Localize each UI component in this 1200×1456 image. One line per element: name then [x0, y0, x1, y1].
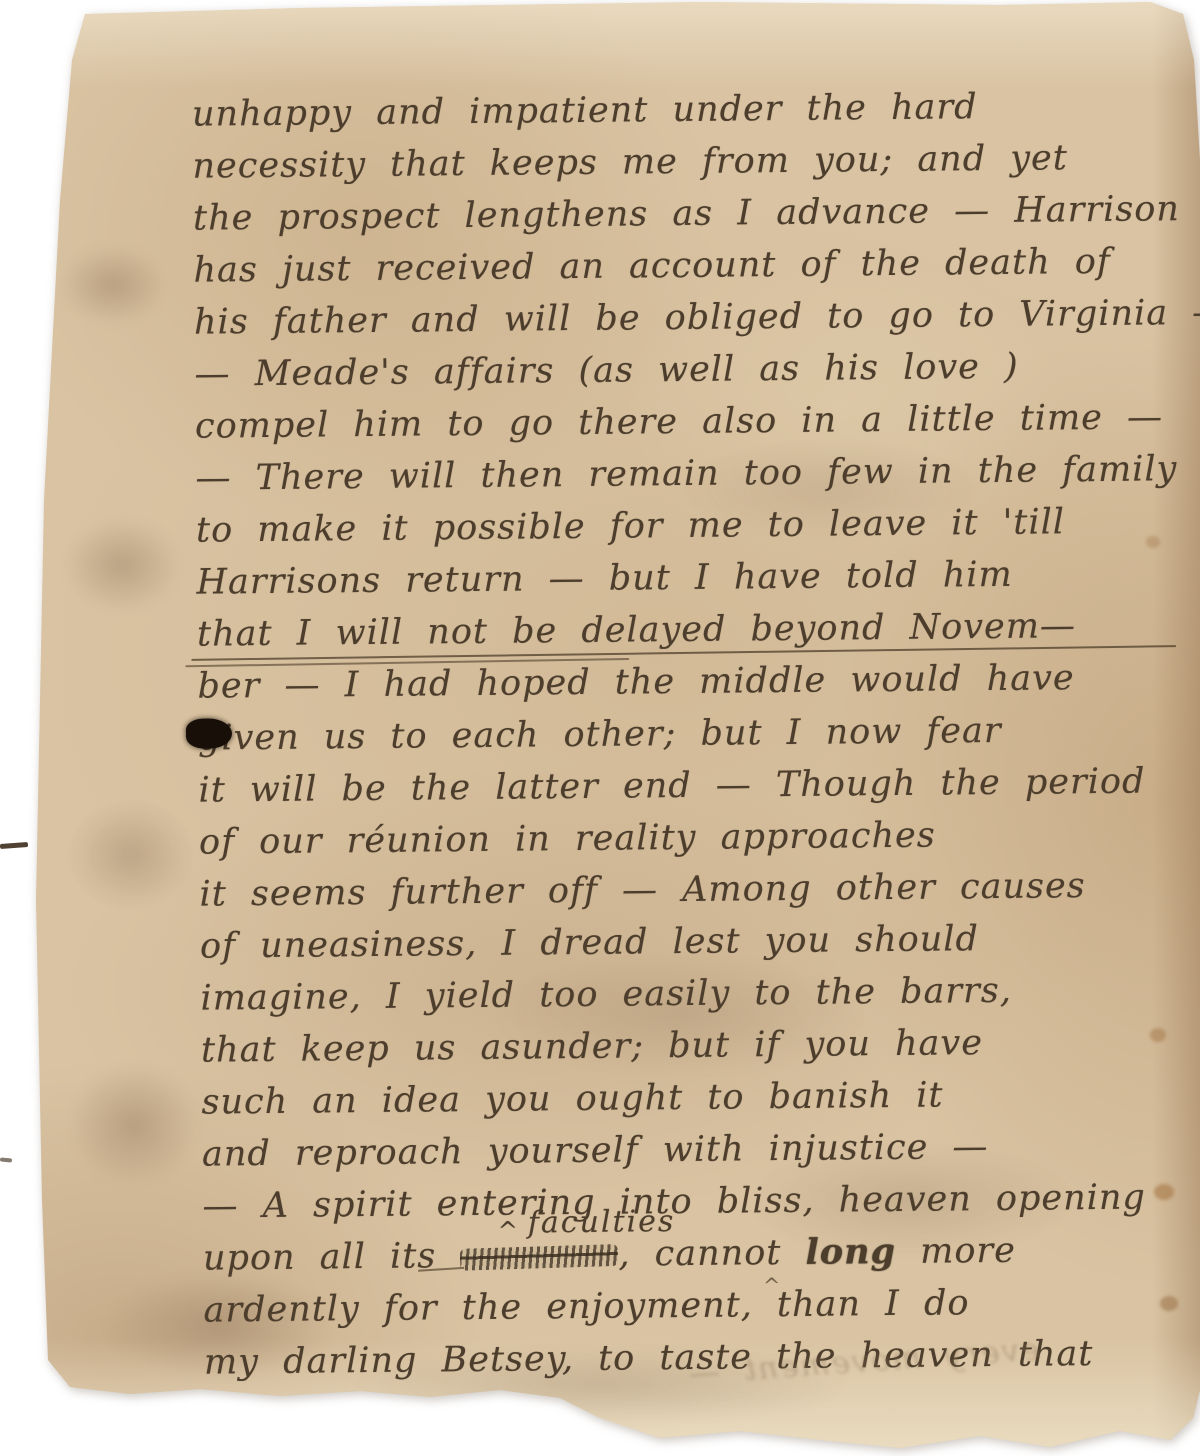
- letter-line-text: has just received an account of the deat…: [193, 242, 1111, 291]
- letter-line: his father and will be obliged to go to …: [194, 287, 1159, 348]
- letter-line: of uneasiness, I dread lest you should: [200, 911, 1165, 972]
- letter-line-text: given us to each other; but I now fear: [198, 711, 1002, 759]
- letter-line: of our réunion in reality approaches: [199, 807, 1164, 868]
- letter-line: compel him to go there also in a little …: [195, 391, 1160, 452]
- overwritten-word: long: [805, 1231, 896, 1273]
- paper-shadow-wrap: unhappy and impatient under the hard nec…: [0, 0, 1200, 1456]
- ink-blot: [186, 718, 232, 748]
- letter-line: — Meade's affairs (as well as his love ): [194, 339, 1159, 400]
- ink-speck: [117, 1403, 127, 1411]
- letter-line: — A spirit entering into bliss, heaven o…: [202, 1171, 1167, 1232]
- bleedthrough-smudge: [38, 230, 188, 340]
- letter-line-text: ardently for the enjoyment, than I do: [203, 1283, 969, 1330]
- letter-line-text: it seems further off — Among other cause…: [199, 866, 1086, 915]
- bleedthrough-smudge: [44, 1040, 224, 1210]
- letter-line: it seems further off — Among other cause…: [199, 859, 1164, 920]
- letter-line: the prospect lengthens as I advance — Ha…: [193, 183, 1158, 244]
- letter-line-text: necessity that keeps me from you; and ye…: [192, 138, 1068, 186]
- letter-line-text: to make it possible for me to leave it '…: [196, 502, 1065, 550]
- letter-line-text: more: [896, 1231, 1016, 1272]
- letter-line-text: Harrisons return — but I have told him: [196, 555, 1013, 603]
- letter-line-text: of uneasiness, I dread lest you should: [200, 919, 979, 966]
- letter-line-text: such an idea you ought to banish it: [201, 1075, 943, 1122]
- letter-line: Harrisons return — but I have told him: [196, 547, 1161, 608]
- letter-line: to make it possible for me to leave it '…: [196, 495, 1161, 556]
- letter-line-underlined: that I will not be delayed beyond Novem—: [197, 599, 1162, 660]
- small-caret-mark: ^: [763, 1259, 781, 1311]
- letter-line: unhappy and impatient under the hard: [192, 79, 1157, 140]
- letter-line-text: unhappy and impatient under the hard: [192, 87, 978, 135]
- letter-line-text: and reproach yourself with injustice —: [202, 1127, 989, 1175]
- interline-insertion: ^faculties: [497, 1196, 675, 1251]
- letter-line-text: upon all its: [203, 1236, 461, 1278]
- letter-line-text: the prospect lengthens as I advance — Ha…: [193, 189, 1180, 238]
- ink-speck: [217, 1412, 228, 1421]
- letter-line: has just received an account of the deat…: [193, 235, 1158, 296]
- letter-line: ber — I had hoped the middle would have: [197, 651, 1162, 712]
- letter-line: imagine, I yield too easily to the barrs…: [200, 963, 1165, 1024]
- letter-line: and reproach yourself with injustice —: [202, 1119, 1167, 1180]
- letter-line: — There will then remain too few in the …: [195, 443, 1160, 504]
- letter-line-text: his father and will be obliged to go to …: [194, 293, 1200, 343]
- letter-text-block: unhappy and impatient under the hard nec…: [192, 79, 1169, 1388]
- aged-paper-sheet: unhappy and impatient under the hard nec…: [0, 0, 1200, 1456]
- letter-line-with-blot: given us to each other; but I now fear: [198, 703, 1163, 764]
- letter-line: that keep us asunder; but if you have: [201, 1015, 1166, 1076]
- letter-line-text: it will be the latter end — Though the p…: [198, 762, 1145, 811]
- letter-line: ^ ardently for the enjoyment, than I do: [203, 1275, 1168, 1336]
- bleedthrough-smudge: [42, 500, 202, 630]
- letter-line-with-correction: ^faculties upon all its , cannot long mo…: [203, 1223, 1168, 1284]
- scribbled-out-word: [460, 1244, 619, 1271]
- letter-line-text: of our réunion in reality approaches: [199, 816, 936, 863]
- ink-speck: [252, 1418, 258, 1423]
- letter-line-text: — Meade's affairs (as well as his love ): [194, 347, 1018, 395]
- letter-line: such an idea you ought to banish it: [201, 1067, 1166, 1128]
- letter-line: it will be the latter end — Though the p…: [198, 755, 1163, 816]
- letter-line: necessity that keeps me from you; and ye…: [192, 131, 1157, 192]
- letter-line-text: imagine, I yield too easily to the barrs…: [200, 971, 1012, 1019]
- letter-line-text: ber — I had hoped the middle would have: [197, 658, 1074, 706]
- scanned-letter-page: unhappy and impatient under the hard nec…: [0, 0, 1200, 1456]
- bleedthrough-smudge: [46, 780, 216, 930]
- letter-line-text: that keep us asunder; but if you have: [201, 1023, 983, 1071]
- inserted-word: faculties: [528, 1204, 676, 1240]
- letter-line-text: compel him to go there also in a little …: [195, 397, 1163, 446]
- letter-line-text: — There will then remain too few in the …: [195, 449, 1177, 498]
